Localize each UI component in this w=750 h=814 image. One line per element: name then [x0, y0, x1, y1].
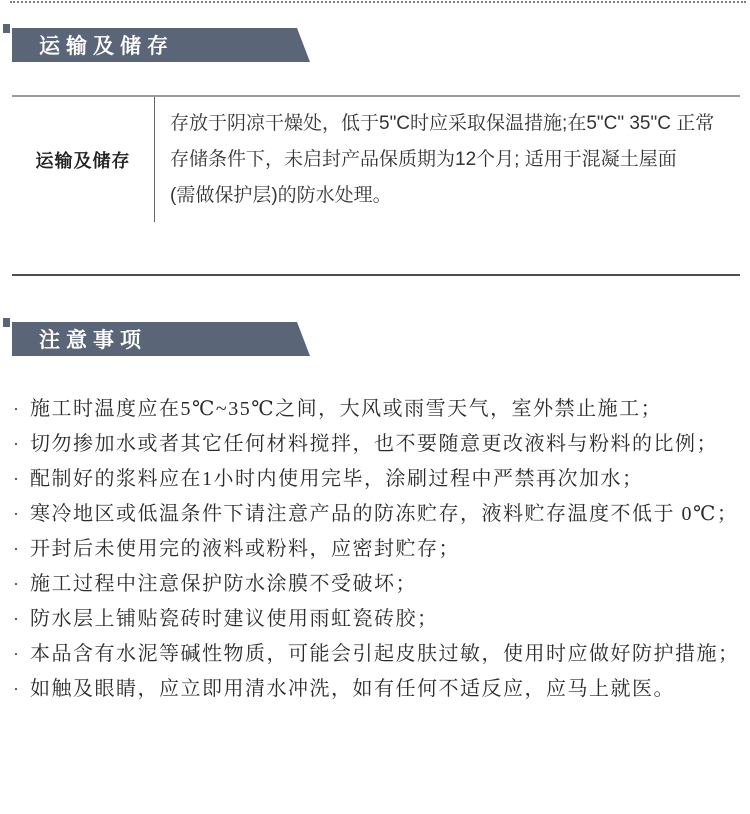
bullet-icon: ·	[13, 567, 30, 602]
notices-section-title: 注意事项	[39, 324, 147, 354]
notice-text: 寒冷地区或低温条件下请注意产品的防冻贮存，液料贮存温度不低于 0℃；	[30, 497, 738, 532]
banner-corner-square	[3, 318, 10, 327]
notice-text: 如触及眼睛，应立即用清水冲洗，如有任何不适反应，应马上就医。	[30, 672, 675, 707]
storage-section-title: 运输及储存	[39, 30, 174, 60]
notices-section-banner: 注意事项	[12, 322, 310, 356]
bullet-icon: ·	[13, 532, 30, 567]
notice-item: ·配制好的浆料应在1小时内使用完毕，涂刷过程中严禁再次加水；	[13, 462, 750, 497]
notices-banner-bar: 注意事项	[12, 322, 310, 356]
notice-text: 施工时温度应在5℃~35℃之间，大风或雨雪天气，室外禁止施工；	[30, 392, 662, 427]
bullet-icon: ·	[13, 497, 30, 532]
notice-text: 切勿掺加水或者其它任何材料搅拌，也不要随意更改液料与粉料的比例；	[30, 427, 718, 462]
notice-item: ·寒冷地区或低温条件下请注意产品的防冻贮存，液料贮存温度不低于 0℃；	[13, 497, 750, 532]
storage-banner-bar: 运输及储存	[12, 28, 310, 62]
document-page: 运输及储存 运输及储存 存放于阴凉干燥处，低于5"C时应采取保温措施;在5"C"…	[0, 0, 750, 814]
bullet-icon: ·	[13, 462, 30, 497]
section-notices: 注意事项 ·施工时温度应在5℃~35℃之间，大风或雨雪天气，室外禁止施工； ·切…	[0, 322, 750, 707]
notice-item: ·如触及眼睛，应立即用清水冲洗，如有任何不适反应，应马上就医。	[13, 672, 750, 707]
notice-text: 防水层上铺贴瓷砖时建议使用雨虹瓷砖胶；	[30, 602, 439, 637]
storage-content-line: (需做保护层)的防水处理。	[170, 178, 726, 214]
storage-content-line: 存储条件下，未启封产品保质期为12个月; 适用于混凝土屋面	[170, 142, 726, 178]
notice-list: ·施工时温度应在5℃~35℃之间，大风或雨雪天气，室外禁止施工； ·切勿掺加水或…	[0, 392, 750, 707]
storage-row-label: 运输及储存	[12, 97, 155, 222]
notice-text: 配制好的浆料应在1小时内使用完毕，涂刷过程中严禁再次加水；	[30, 462, 644, 497]
notice-item: ·开封后未使用完的液料或粉料，应密封贮存；	[13, 532, 750, 567]
notice-item: ·本品含有水泥等碱性物质，可能会引起皮肤过敏，使用时应做好防护措施；	[13, 637, 750, 672]
banner-corner-square	[3, 24, 10, 33]
notice-text: 开封后未使用完的液料或粉料，应密封贮存；	[30, 532, 460, 567]
bullet-icon: ·	[13, 427, 30, 462]
section-storage: 运输及储存 运输及储存 存放于阴凉干燥处，低于5"C时应采取保温措施;在5"C"…	[0, 28, 750, 222]
notice-item: ·防水层上铺贴瓷砖时建议使用雨虹瓷砖胶；	[13, 602, 750, 637]
bullet-icon: ·	[13, 672, 30, 707]
section-separator-line	[12, 274, 740, 276]
storage-table: 运输及储存 存放于阴凉干燥处，低于5"C时应采取保温措施;在5"C" 35"C …	[12, 95, 740, 222]
notice-item: ·施工过程中注意保护防水涂膜不受破坏；	[13, 567, 750, 602]
notice-item: ·切勿掺加水或者其它任何材料搅拌，也不要随意更改液料与粉料的比例；	[13, 427, 750, 462]
notice-item: ·施工时温度应在5℃~35℃之间，大风或雨雪天气，室外禁止施工；	[13, 392, 750, 427]
bullet-icon: ·	[13, 392, 30, 427]
notice-text: 施工过程中注意保护防水涂膜不受破坏；	[30, 567, 417, 602]
notice-text: 本品含有水泥等碱性物质，可能会引起皮肤过敏，使用时应做好防护措施；	[30, 637, 740, 672]
storage-content-line: 存放于阴凉干燥处，低于5"C时应采取保温措施;在5"C" 35"C 正常	[170, 106, 726, 142]
top-dotted-divider	[10, 1, 746, 3]
storage-row-content: 存放于阴凉干燥处，低于5"C时应采取保温措施;在5"C" 35"C 正常 存储条…	[155, 97, 740, 222]
storage-section-banner: 运输及储存	[12, 28, 310, 62]
bullet-icon: ·	[13, 602, 30, 637]
bullet-icon: ·	[13, 637, 30, 672]
